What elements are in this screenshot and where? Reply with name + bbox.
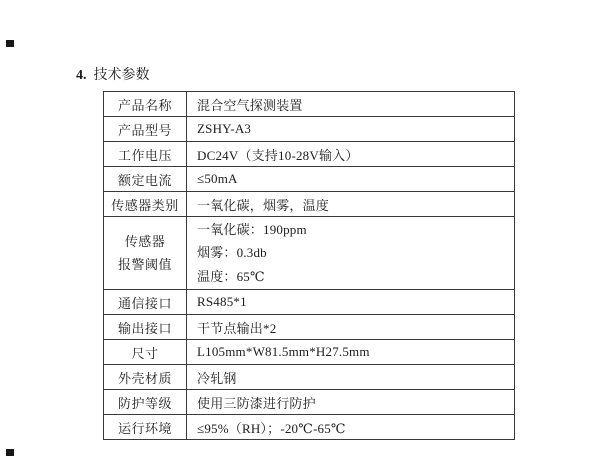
document-page: 4.技术参数 产品名称混合空气探测装置产品型号ZSHY-A3工作电压DC24V（…: [0, 0, 608, 466]
param-value: 一氧化碳，烟雾，温度: [187, 192, 515, 217]
param-label-line: 产品型号: [104, 120, 186, 139]
param-label: 通信接口: [104, 290, 187, 315]
param-label: 产品名称: [104, 92, 187, 117]
param-label: 输出接口: [104, 315, 187, 340]
param-label-line: 外壳材质: [104, 368, 186, 387]
param-value: RS485*1: [187, 290, 515, 315]
param-label-line: 通信接口: [104, 293, 186, 312]
param-value: L105mm*W81.5mm*H27.5mm: [187, 340, 515, 365]
edge-scan-mark-bottom: [6, 449, 14, 456]
edge-scan-mark-top: [6, 40, 14, 47]
param-label-line: 额定电流: [104, 170, 186, 189]
table-row: 通信接口RS485*1: [104, 290, 515, 315]
table-row: 运行环境≤95%（RH）；-20℃-65℃: [104, 415, 515, 440]
param-label: 工作电压: [104, 142, 187, 167]
param-value-line: DC24V（支持10-28V输入）: [197, 145, 514, 164]
param-value: 一氧化碳：190ppm烟雾：0.3db温度：65℃: [187, 217, 515, 290]
spec-table: 产品名称混合空气探测装置产品型号ZSHY-A3工作电压DC24V（支持10-28…: [103, 91, 515, 440]
param-label: 运行环境: [104, 415, 187, 440]
section-title: 技术参数: [94, 68, 150, 83]
param-value-line: 使用三防漆进行防护: [197, 393, 514, 412]
table-row: 产品型号ZSHY-A3: [104, 117, 515, 142]
table-row: 外壳材质冷轧钢: [104, 365, 515, 390]
param-label: 防护等级: [104, 390, 187, 415]
table-row: 尺寸L105mm*W81.5mm*H27.5mm: [104, 340, 515, 365]
param-value: 冷轧钢: [187, 365, 515, 390]
param-value-line: 一氧化碳，烟雾，温度: [197, 195, 514, 214]
param-label-line: 工作电压: [104, 145, 186, 164]
param-value: ≤95%（RH）；-20℃-65℃: [187, 415, 515, 440]
param-label: 产品型号: [104, 117, 187, 142]
param-value-line: 冷轧钢: [197, 368, 514, 387]
section-heading: 4.技术参数: [76, 67, 150, 85]
param-value-line: 一氧化碳：190ppm: [197, 218, 514, 242]
param-value-line: ≤95%（RH）；-20℃-65℃: [197, 418, 514, 437]
table-row: 工作电压DC24V（支持10-28V输入）: [104, 142, 515, 167]
param-label-line: 防护等级: [104, 393, 186, 412]
param-label: 外壳材质: [104, 365, 187, 390]
param-value-line: 烟雾：0.3db: [197, 241, 514, 265]
param-label-line: 传感器类别: [104, 195, 186, 214]
param-value: DC24V（支持10-28V输入）: [187, 142, 515, 167]
param-label-line: 传感器: [104, 230, 186, 253]
param-value: ≤50mA: [187, 167, 515, 192]
table-row: 防护等级使用三防漆进行防护: [104, 390, 515, 415]
param-value-line: ZSHY-A3: [197, 121, 514, 137]
param-value: 使用三防漆进行防护: [187, 390, 515, 415]
param-label: 传感器类别: [104, 192, 187, 217]
param-label-line: 产品名称: [104, 95, 186, 114]
param-value-line: ≤50mA: [197, 171, 514, 187]
param-label: 额定电流: [104, 167, 187, 192]
param-label-line: 输出接口: [104, 318, 186, 337]
table-row: 传感器类别一氧化碳，烟雾，温度: [104, 192, 515, 217]
param-label: 传感器报警阈值: [104, 217, 187, 290]
param-label: 尺寸: [104, 340, 187, 365]
param-value-line: L105mm*W81.5mm*H27.5mm: [197, 344, 514, 360]
param-label-line: 报警阈值: [104, 253, 186, 276]
section-number: 4.: [76, 68, 87, 83]
table-row: 额定电流≤50mA: [104, 167, 515, 192]
param-label-line: 运行环境: [104, 418, 186, 437]
param-value: 混合空气探测装置: [187, 92, 515, 117]
table-row: 产品名称混合空气探测装置: [104, 92, 515, 117]
param-label-line: 尺寸: [104, 343, 186, 362]
param-value-line: RS485*1: [197, 294, 514, 310]
param-value-line: 温度：65℃: [197, 265, 514, 289]
table-row: 输出接口干节点输出*2: [104, 315, 515, 340]
param-value-line: 混合空气探测装置: [197, 95, 514, 114]
param-value: ZSHY-A3: [187, 117, 515, 142]
param-value: 干节点输出*2: [187, 315, 515, 340]
table-row: 传感器报警阈值一氧化碳：190ppm烟雾：0.3db温度：65℃: [104, 217, 515, 290]
param-value-line: 干节点输出*2: [197, 318, 514, 337]
